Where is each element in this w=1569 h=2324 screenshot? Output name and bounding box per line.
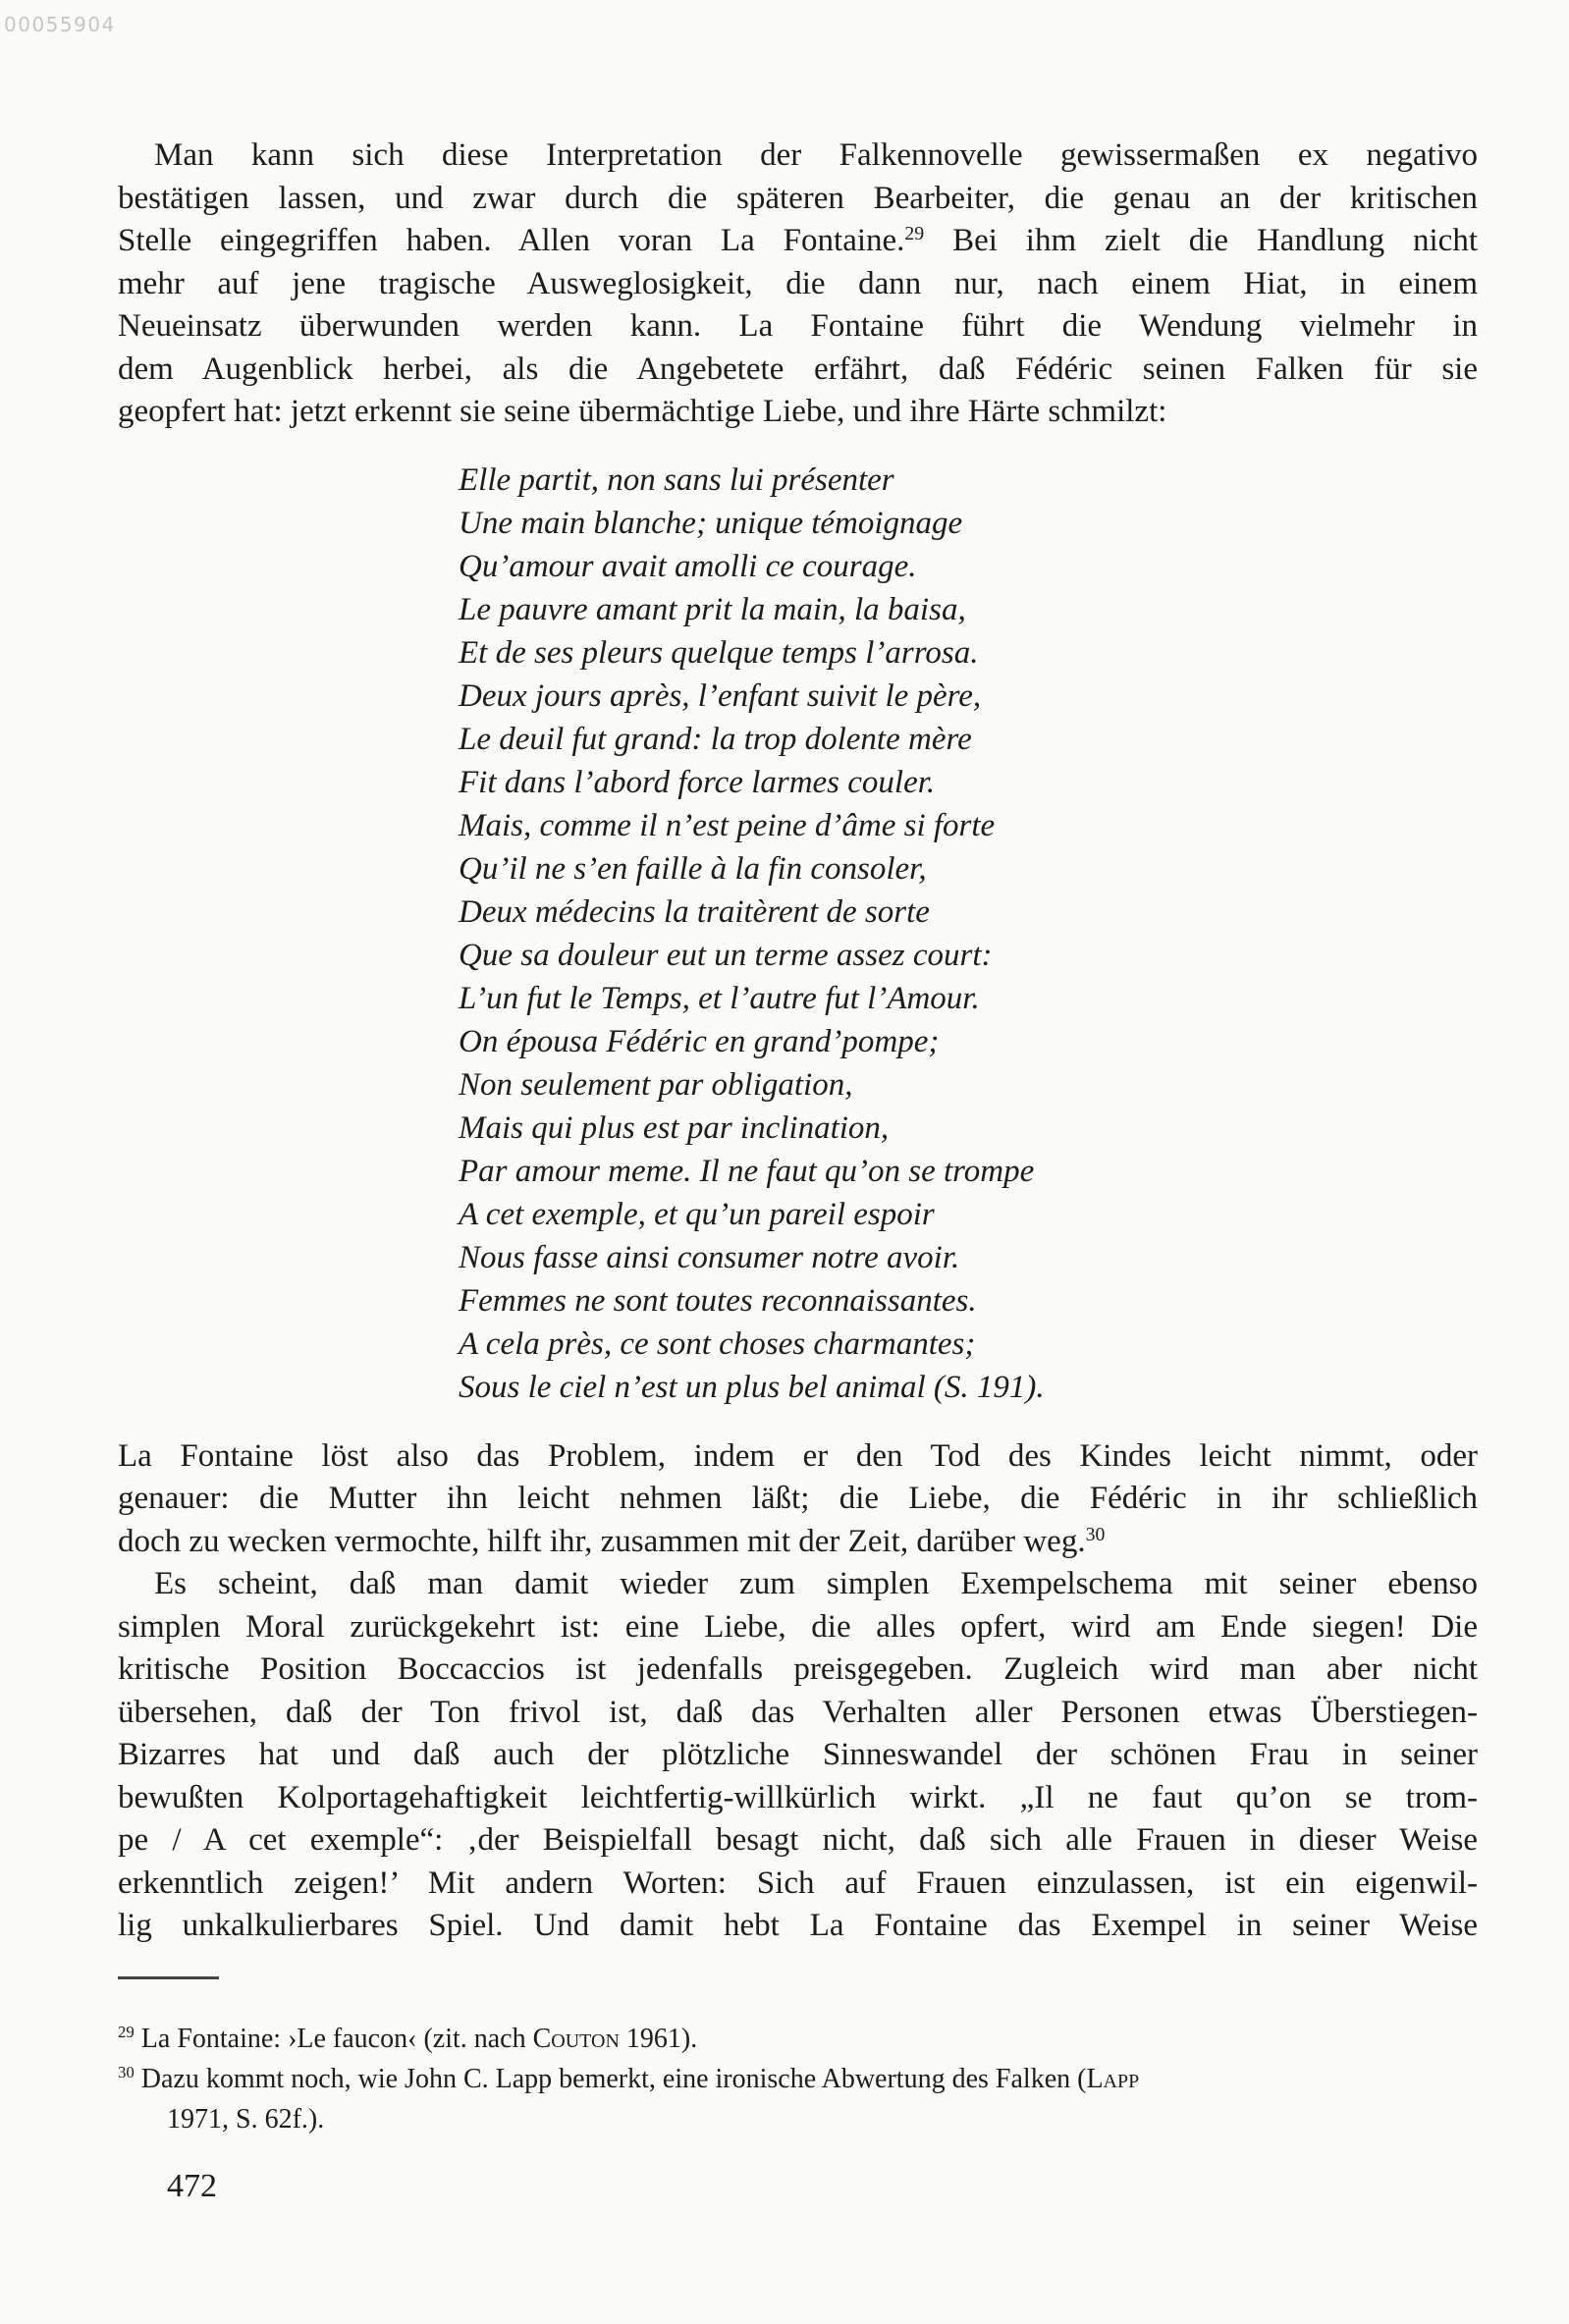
text-line: kritische Position Boccaccios ist jedenf… (118, 1648, 1478, 1692)
text-line: Femmes ne sont toutes reconnaissantes. (459, 1279, 1478, 1323)
text-line: Et de ses pleurs quelque temps l’arrosa. (459, 631, 1478, 675)
text-line: Une main blanche; unique témoignage (459, 502, 1478, 545)
text-line: Stelle eingegriffen haben. Allen voran L… (118, 220, 1478, 263)
text-line: Par amour meme. Il ne faut qu’on se trom… (459, 1150, 1478, 1193)
scanned-book-page: { "scan_id": "00055904", "page_number": … (0, 0, 1569, 2324)
text-line: bewußten Kolportagehaftigkeit leichtfert… (118, 1777, 1478, 1820)
text-line: Mais qui plus est par inclination, (459, 1107, 1478, 1150)
text-line: pe / A cet exemple“: ‚der Beispielfall b… (118, 1819, 1478, 1863)
text-line: lig unkalkulierbares Spiel. Und damit he… (118, 1905, 1478, 1948)
text-line: Qu’amour avait amolli ce courage. (459, 545, 1478, 588)
text-line: dem Augenblick herbei, als die Angebetet… (118, 349, 1478, 392)
footnote-marker: 29 (118, 2023, 135, 2041)
text-line: Bizarres hat und daß auch der plötzliche… (118, 1734, 1478, 1777)
text-line: übersehen, daß der Ton frivol ist, daß d… (118, 1692, 1478, 1735)
text-line: Qu’il ne s’en faille à la fin consoler, (459, 847, 1478, 891)
footnote-marker: 29 (904, 223, 924, 244)
footnote-marker: 30 (118, 2063, 135, 2081)
text-line: erkenntlich zeigen!’ Mit andern Worten: … (118, 1863, 1478, 1906)
text-line: mehr auf jene tragische Ausweglosigkeit,… (118, 263, 1478, 306)
text-line: Sous le ciel n’est un plus bel animal (S… (459, 1366, 1478, 1409)
text-line: Es scheint, daß man damit wieder zum sim… (118, 1563, 1478, 1606)
paragraph-1: Man kann sich diese Interpretation der F… (118, 135, 1478, 434)
scan-id-number: 00055904 (4, 13, 116, 36)
text-line: A cet exemple, et qu’un pareil espoir (459, 1193, 1478, 1236)
footnotes: 29 La Fontaine: ›Le faucon‹ (zit. nach C… (118, 2019, 1478, 2139)
falcon-poem-quote: Elle partit, non sans lui présenterUne m… (118, 434, 1478, 1435)
text-line: 30 Dazu kommt noch, wie John C. Lapp bem… (118, 2059, 1478, 2099)
text-column: Man kann sich diese Interpretation der F… (118, 135, 1478, 2205)
text-line: 1971, S. 62f.). (118, 2099, 1478, 2139)
text-line: simplen Moral zurückgekehrt ist: eine Li… (118, 1606, 1478, 1649)
text-line: Man kann sich diese Interpretation der F… (118, 135, 1478, 178)
text-line: geopfert hat: jetzt erkennt sie seine üb… (118, 391, 1478, 434)
text-line: Nous fasse ainsi consumer notre avoir. (459, 1236, 1478, 1279)
text-line: Mais, comme il n’est peine d’âme si fort… (459, 804, 1478, 847)
footnote-marker: 30 (1086, 1524, 1106, 1545)
paragraph-2: La Fontaine löst also das Problem, indem… (118, 1435, 1478, 1564)
text-line: Le deuil fut grand: la trop dolente mère (459, 718, 1478, 761)
page-number: 472 (118, 2168, 1478, 2205)
paragraph-3: Es scheint, daß man damit wieder zum sim… (118, 1563, 1478, 1948)
text-line: bestätigen lassen, und zwar durch die sp… (118, 178, 1478, 221)
small-caps-name: Lapp (1086, 2064, 1139, 2094)
text-line: Que sa douleur eut un terme assez court: (459, 934, 1478, 977)
text-line: On épousa Fédéric en grand’pompe; (459, 1020, 1478, 1063)
text-line: genauer: die Mutter ihn leicht nehmen lä… (118, 1478, 1478, 1521)
text-line: Neueinsatz überwunden werden kann. La Fo… (118, 305, 1478, 349)
text-line: Non seulement par obligation, (459, 1063, 1478, 1107)
text-line: L’un fut le Temps, et l’autre fut l’Amou… (459, 977, 1478, 1020)
text-line: Deux jours après, l’enfant suivit le pèr… (459, 675, 1478, 718)
footnote-divider (118, 1976, 219, 1979)
text-line: A cela près, ce sont choses charmantes; (459, 1323, 1478, 1366)
text-line: Deux médecins la traitèrent de sorte (459, 891, 1478, 934)
text-line: doch zu wecken vermochte, hilft ihr, zus… (118, 1521, 1478, 1564)
text-line: La Fontaine löst also das Problem, indem… (118, 1435, 1478, 1479)
small-caps-name: Couton (533, 2024, 620, 2054)
text-line: Fit dans l’abord force larmes couler. (459, 761, 1478, 804)
text-line: Elle partit, non sans lui présenter (459, 459, 1478, 502)
text-line: Le pauvre amant prit la main, la baisa, (459, 588, 1478, 631)
text-line: 29 La Fontaine: ›Le faucon‹ (zit. nach C… (118, 2019, 1478, 2059)
